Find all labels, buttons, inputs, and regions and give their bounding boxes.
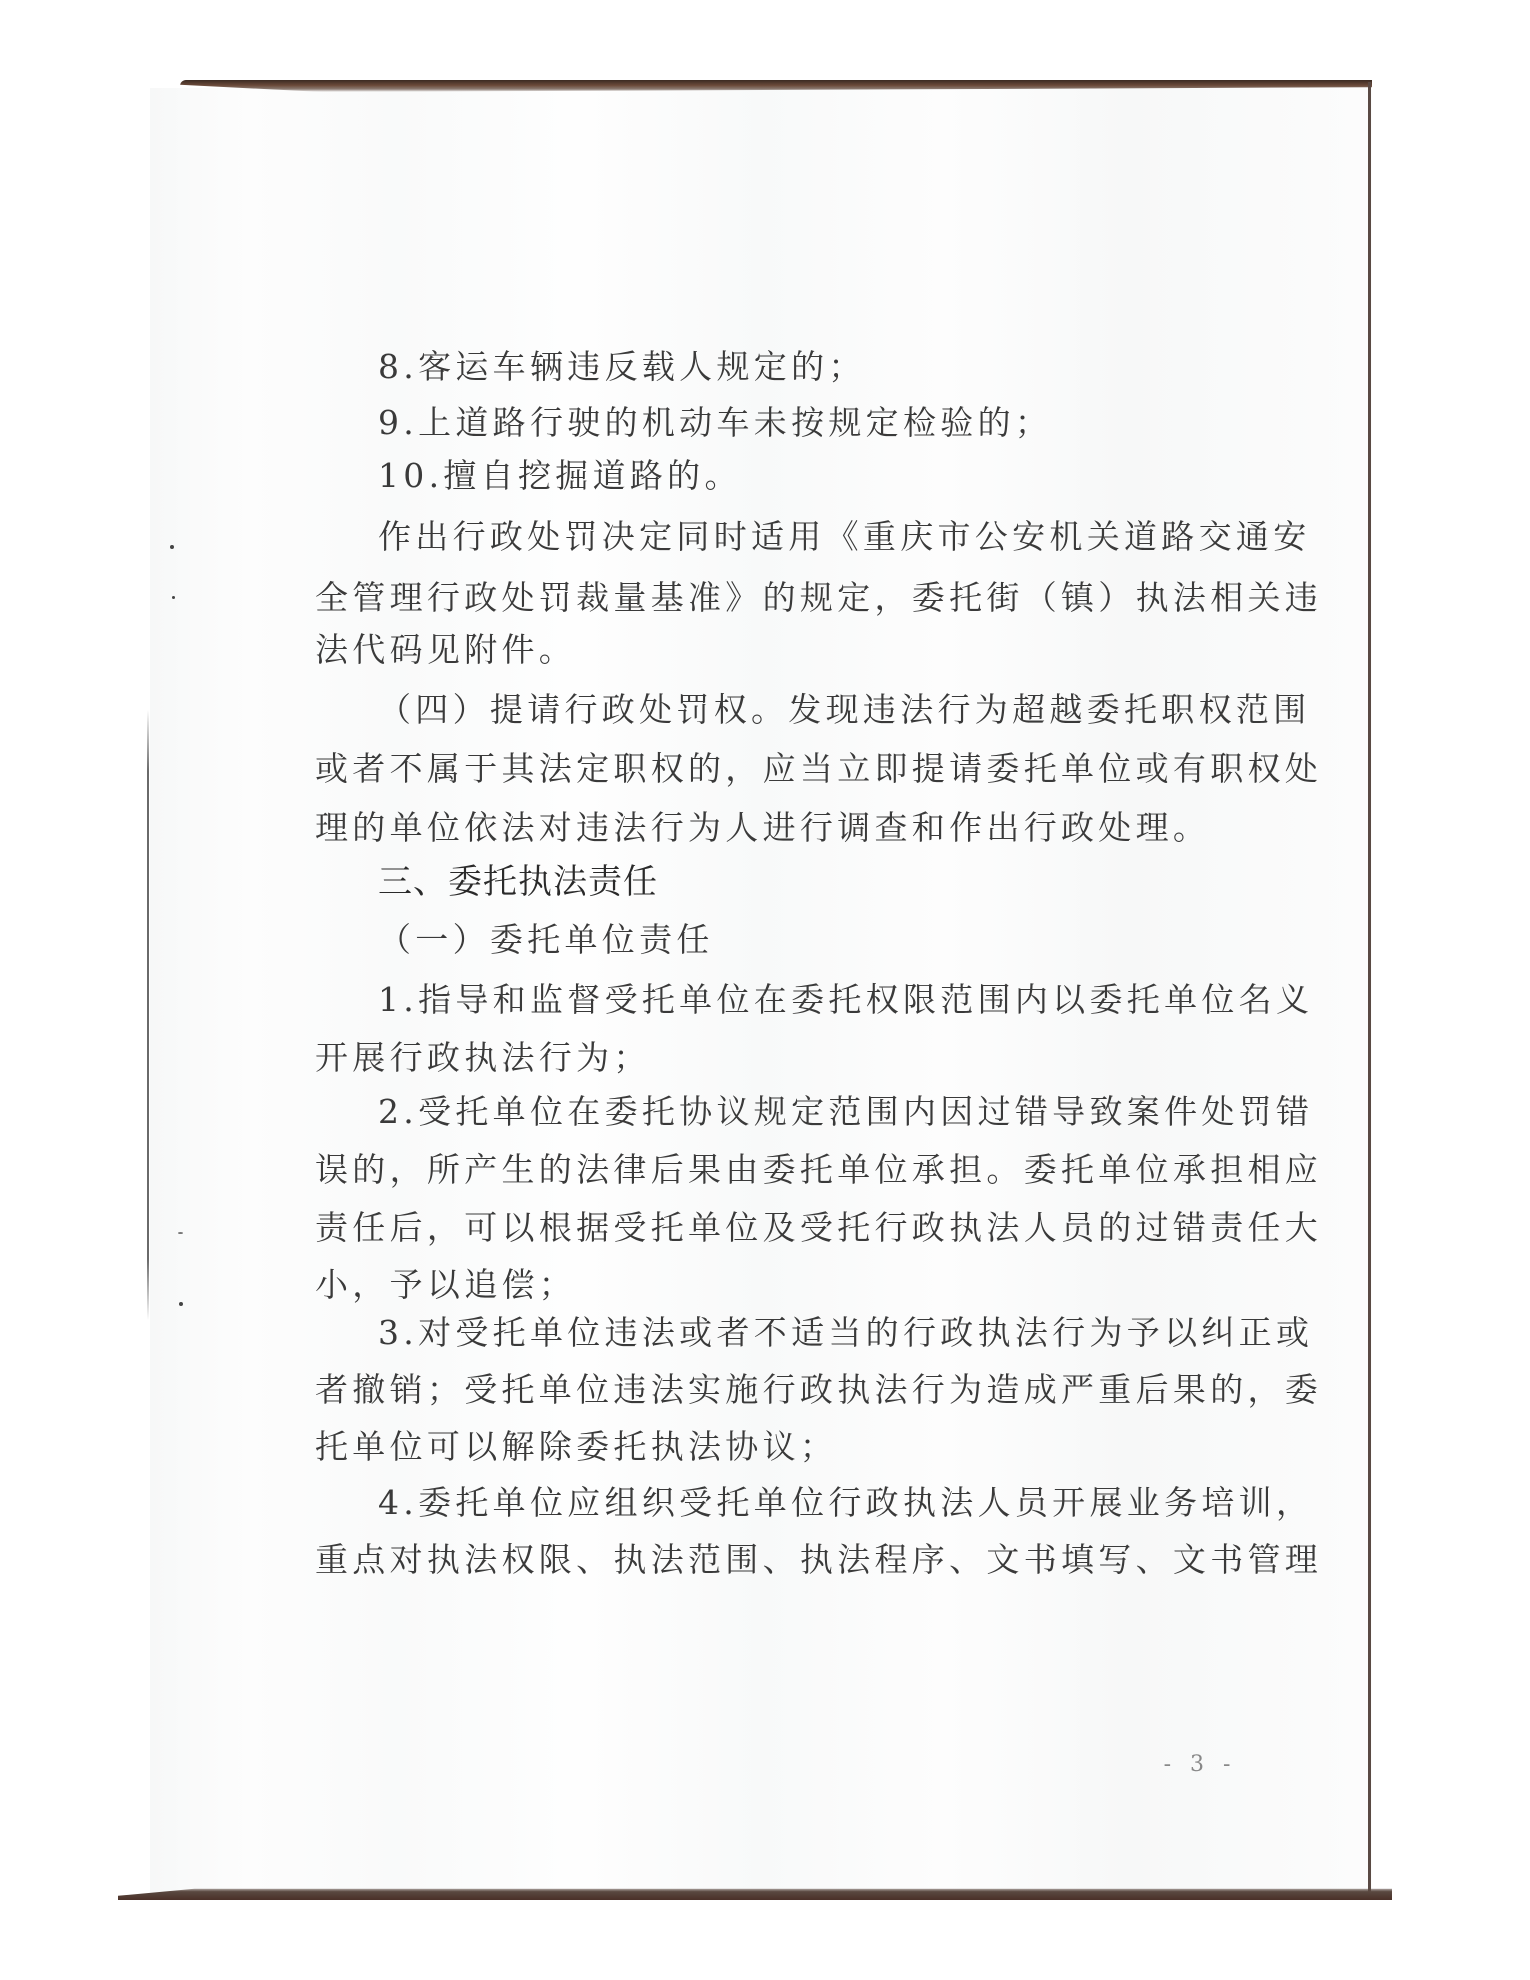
text-line: 法代码见附件。 [315, 630, 1215, 670]
text-line: 3.对受托单位违法或者不适当的行政执法行为予以纠正或 [378, 1313, 1278, 1353]
text-line: 或者不属于其法定职权的，应当立即提请委托单位或有职权处 [315, 749, 1215, 789]
text-line: （一）委托单位责任 [378, 920, 1278, 960]
scan-speck [178, 1232, 183, 1234]
text-line: 4.委托单位应组织受托单位行政执法人员开展业务培训， [378, 1483, 1278, 1523]
text-line: 全管理行政处罚裁量基准》的规定，委托街（镇）执法相关违 [315, 578, 1215, 618]
text-line: 理的单位依法对违法行为人进行调查和作出行政处理。 [315, 808, 1215, 848]
text-line: 重点对执法权限、执法范围、执法程序、文书填写、文书管理 [315, 1540, 1215, 1580]
text-line: 托单位可以解除委托执法协议； [315, 1427, 1215, 1467]
binding-hole-mark [179, 1302, 183, 1306]
text-line: 1.指导和监督受托单位在委托权限范围内以委托单位名义 [378, 980, 1278, 1020]
text-line: 2.受托单位在委托协议规定范围内因过错导致案件处罚错 [378, 1092, 1278, 1132]
text-line: 作出行政处罚决定同时适用《重庆市公安机关道路交通安 [378, 517, 1278, 557]
binding-hole-mark [170, 545, 174, 549]
text-line: 开展行政执法行为； [315, 1038, 1215, 1078]
text-line: 误的，所产生的法律后果由委托单位承担。委托单位承担相应 [315, 1150, 1215, 1190]
text-line: 者撤销；受托单位违法实施行政执法行为造成严重后果的，委 [315, 1370, 1215, 1410]
text-line: 9.上道路行驶的机动车未按规定检验的； [378, 403, 1278, 443]
text-line: 8.客运车辆违反载人规定的； [378, 347, 1278, 387]
page-number: - 3 - [1160, 1752, 1240, 1777]
page-right-edge [1368, 82, 1371, 1892]
section-heading: 三、委托执法责任 [378, 862, 1278, 902]
text-line: 10.擅自挖掘道路的。 [378, 456, 1278, 496]
binding-hole-mark [172, 596, 175, 599]
text-line: 小，予以追偿； [315, 1265, 1215, 1305]
text-line: （四）提请行政处罚权。发现违法行为超越委托职权范围 [378, 690, 1278, 730]
text-line: 责任后，可以根据受托单位及受托行政执法人员的过错责任大 [315, 1208, 1215, 1248]
margin-fold-line [147, 710, 149, 1320]
